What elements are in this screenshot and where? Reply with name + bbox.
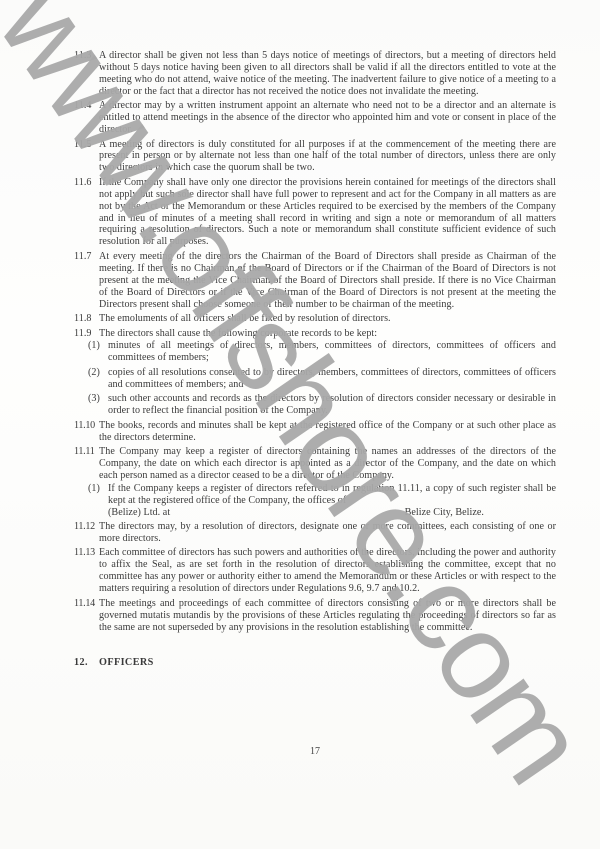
address-city: Belize City, Belize. bbox=[405, 507, 484, 519]
item-text: such other accounts and records as the d… bbox=[108, 393, 556, 417]
clause-text: The emoluments of all officers shall be … bbox=[99, 313, 556, 325]
clause-11-9: 11.9 The directors shall cause the follo… bbox=[74, 328, 556, 340]
clause-text: At every meeting of the directors the Ch… bbox=[99, 251, 556, 311]
clause-11-9-item-3: (3) such other accounts and records as t… bbox=[74, 393, 556, 417]
document-body: 11.3 A director shall be given not less … bbox=[74, 50, 556, 669]
item-number: (2) bbox=[62, 367, 108, 391]
clause-11-11-item-1: (1) If the Company keeps a register of d… bbox=[74, 483, 556, 519]
item-text-block: If the Company keeps a register of direc… bbox=[108, 483, 556, 519]
clause-11-6: 11.6 If the Company shall have only one … bbox=[74, 177, 556, 248]
clause-number: 11.4 bbox=[74, 100, 99, 136]
clause-text: The Company may keep a register of direc… bbox=[99, 446, 556, 482]
clause-text: A director shall be given not less than … bbox=[99, 50, 556, 98]
registered-office-address: (Belize) Ltd. at Belize City, Belize. bbox=[108, 507, 556, 519]
clause-text: The directors may, by a resolution of di… bbox=[99, 521, 556, 545]
clause-number: 11.13 bbox=[74, 547, 99, 595]
clause-number: 11.9 bbox=[74, 328, 99, 340]
section-number: 12. bbox=[74, 657, 99, 669]
section-title: OFFICERS bbox=[99, 657, 154, 669]
item-text: minutes of all meetings of directors, me… bbox=[108, 340, 556, 364]
clause-11-8: 11.8 The emoluments of all officers shal… bbox=[74, 313, 556, 325]
section-heading-officers: 12. OFFICERS bbox=[74, 657, 556, 669]
clause-11-5: 11.5 A meeting of directors is duly cons… bbox=[74, 139, 556, 175]
clause-11-4: 11.4 A director may by a written instrum… bbox=[74, 100, 556, 136]
clause-text: A meeting of directors is duly constitut… bbox=[99, 139, 556, 175]
clause-number: 11.5 bbox=[74, 139, 99, 175]
clause-11-11: 11.11 The Company may keep a register of… bbox=[74, 446, 556, 482]
clause-text: A director may by a written instrument a… bbox=[99, 100, 556, 136]
address-company: (Belize) Ltd. at bbox=[108, 507, 170, 519]
clause-11-7: 11.7 At every meeting of the directors t… bbox=[74, 251, 556, 311]
page-number: 17 bbox=[0, 746, 600, 757]
item-number: (1) bbox=[62, 340, 108, 364]
clause-number: 11.6 bbox=[74, 177, 99, 248]
clause-11-13: 11.13 Each committee of directors has su… bbox=[74, 547, 556, 595]
clause-text: The directors shall cause the following … bbox=[99, 328, 556, 340]
clause-text: Each committee of directors has such pow… bbox=[99, 547, 556, 595]
item-number: (3) bbox=[62, 393, 108, 417]
clause-11-9-item-1: (1) minutes of all meetings of directors… bbox=[74, 340, 556, 364]
clause-number: 11.14 bbox=[74, 598, 99, 634]
clause-11-3: 11.3 A director shall be given not less … bbox=[74, 50, 556, 98]
item-text: copies of all resolutions consented to b… bbox=[108, 367, 556, 391]
clause-11-12: 11.12 The directors may, by a resolution… bbox=[74, 521, 556, 545]
clause-11-10: 11.10 The books, records and minutes sha… bbox=[74, 420, 556, 444]
clause-number: 11.3 bbox=[74, 50, 99, 98]
clause-text: If the Company shall have only one direc… bbox=[99, 177, 556, 248]
item-text: If the Company keeps a register of direc… bbox=[108, 483, 556, 507]
clause-number: 11.10 bbox=[74, 420, 99, 444]
document-page: 11.3 A director shall be given not less … bbox=[0, 0, 600, 849]
clause-text: The books, records and minutes shall be … bbox=[99, 420, 556, 444]
clause-text: The meetings and proceedings of each com… bbox=[99, 598, 556, 634]
clause-11-14: 11.14 The meetings and proceedings of ea… bbox=[74, 598, 556, 634]
clause-number: 11.8 bbox=[74, 313, 99, 325]
clause-number: 11.7 bbox=[74, 251, 99, 311]
clause-number: 11.12 bbox=[74, 521, 99, 545]
item-number: (1) bbox=[62, 483, 108, 519]
clause-number: 11.11 bbox=[74, 446, 99, 482]
clause-11-9-item-2: (2) copies of all resolutions consented … bbox=[74, 367, 556, 391]
